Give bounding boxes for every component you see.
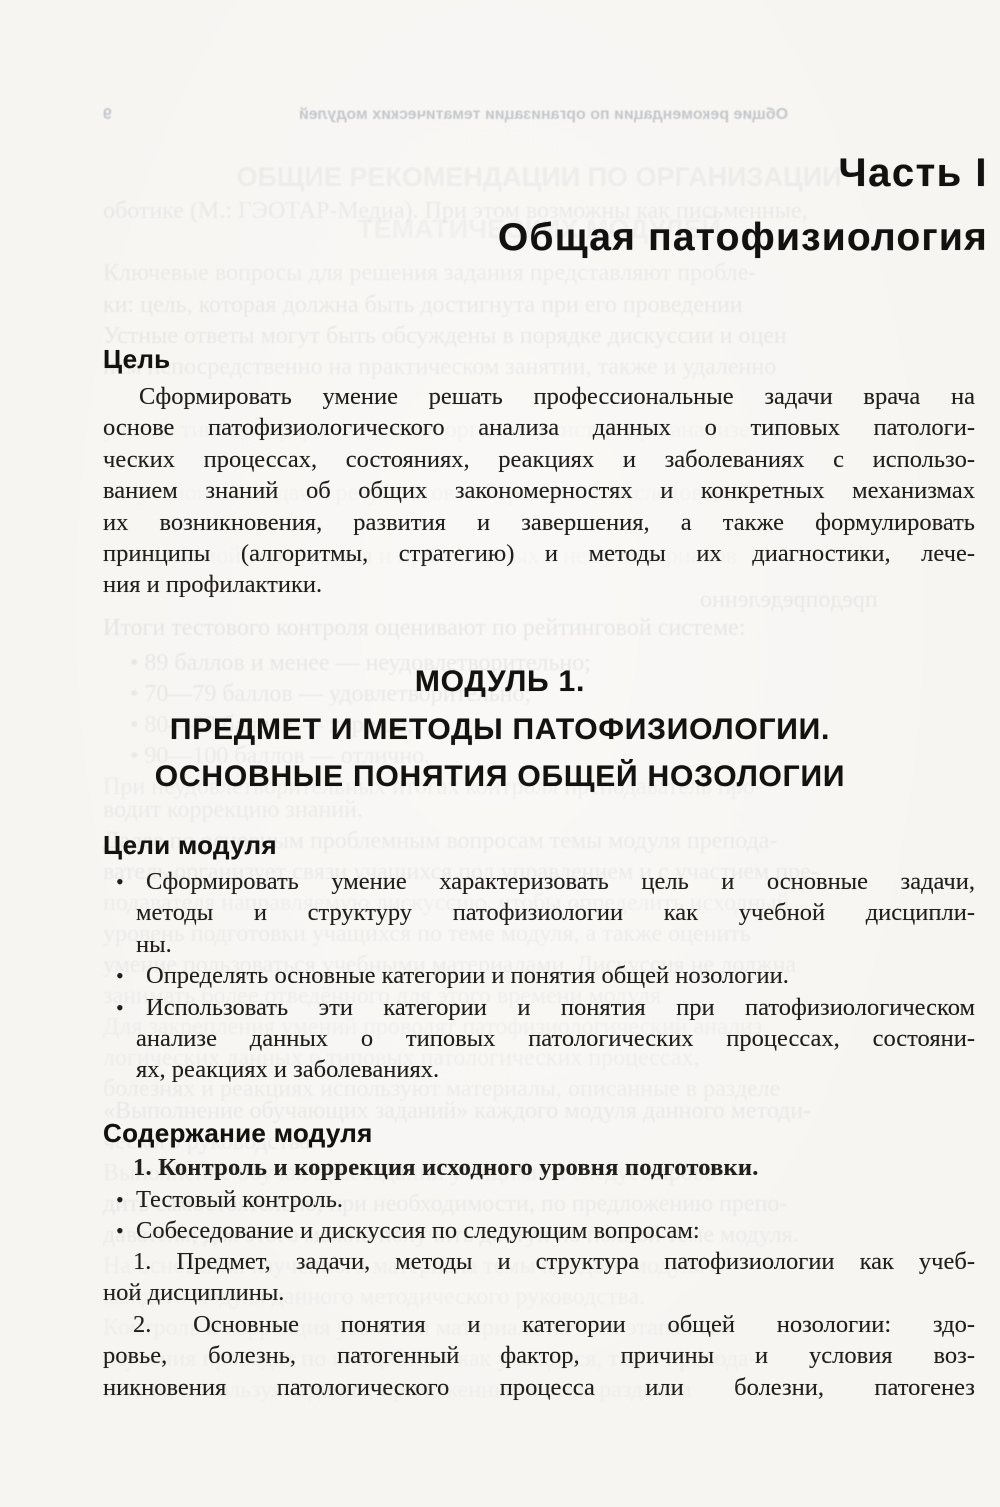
text-line: Сформировать умение характеризовать цель… xyxy=(136,866,975,897)
text-line: методы и структуру патофизиологии как уч… xyxy=(136,897,975,928)
text-line: Собеседование и дискуссия по следующим в… xyxy=(136,1215,975,1246)
text-line: Определять основные категории и понятия … xyxy=(136,960,975,991)
module-content-heading: Содержание модуля xyxy=(103,1118,373,1148)
text-line: ПРЕДМЕТ И МЕТОДЫ ПАТОФИЗИОЛОГИИ. xyxy=(64,706,936,754)
bleedthrough-line: ки: цель, которая должна быть достигнута… xyxy=(103,290,975,320)
text-line: ной дисциплины. xyxy=(103,1277,975,1308)
question-1-paragraph: 1. Предмет, задачи, методы и структура п… xyxy=(103,1246,975,1309)
text-line: ния и профилактики. xyxy=(103,569,975,600)
content-bullet-list: •Тестовый контроль.•Собеседование и диск… xyxy=(103,1184,975,1247)
bullet-icon: • xyxy=(116,992,124,1023)
bleedthrough-line: Итоги тестового контроля оценивают по ре… xyxy=(103,613,975,643)
text-line: Использовать эти категории и понятия при… xyxy=(136,992,975,1023)
bleedthrough-line: Устные ответы могут быть обсуждены в пор… xyxy=(103,321,975,351)
bullet-icon: • xyxy=(116,866,124,897)
text-line: ны. xyxy=(136,929,975,960)
module-1-heading: МОДУЛЬ 1.ПРЕДМЕТ И МЕТОДЫ ПАТОФИЗИОЛОГИИ… xyxy=(64,658,936,801)
text-line: Тестовый контроль. xyxy=(136,1184,975,1215)
bleedthrough-line: Ключевые вопросы для решения задания пре… xyxy=(103,258,975,288)
text-line: ях, реакциях и заболеваниях. xyxy=(136,1054,975,1085)
text-line: их возникновения, развития и завершения,… xyxy=(103,507,975,538)
bleedthrough-line: нем непосредственно на практическом заня… xyxy=(103,352,975,382)
text-line: 2. Основные понятия и категории общей но… xyxy=(103,1309,975,1340)
scanned-book-page: Общие рекомендации по организации темати… xyxy=(0,0,1000,1507)
list-item: •Сформировать умение характеризовать цел… xyxy=(103,866,975,960)
text-line: МОДУЛЬ 1. xyxy=(64,658,936,706)
goal-heading: Цель xyxy=(103,344,170,374)
text-line: основе патофизиологического анализа данн… xyxy=(103,412,975,443)
bleedthrough-running-head: Общие рекомендации по организации темати… xyxy=(103,106,975,124)
text-line: ванием знаний об общих закономерностях и… xyxy=(103,475,975,506)
bullet-icon: • xyxy=(116,960,124,991)
part-subtitle: Общая патофизиология xyxy=(498,218,988,257)
running-head-page-number: 9 xyxy=(103,106,112,124)
content-item-1-bold: 1. Контроль и коррекция исходного уровня… xyxy=(103,1152,1000,1183)
module-goals-list: •Сформировать умение характеризовать цел… xyxy=(103,866,975,1086)
bullet-icon: • xyxy=(116,1184,124,1215)
text-line: никновения патологического процесса или … xyxy=(103,1372,975,1403)
goal-paragraph: Сформировать умение решать профессиональ… xyxy=(103,381,975,601)
list-item: •Собеседование и дискуссия по следующим … xyxy=(103,1215,975,1246)
text-line: ОСНОВНЫЕ ПОНЯТИЯ ОБЩЕЙ НОЗОЛОГИИ xyxy=(64,753,936,801)
question-2-paragraph: 2. Основные понятия и категории общей но… xyxy=(103,1309,975,1403)
list-item: •Тестовый контроль. xyxy=(103,1184,975,1215)
bullet-icon: • xyxy=(116,1215,124,1246)
running-head-title: Общие рекомендации по организации темати… xyxy=(299,106,788,124)
text-line: Сформировать умение решать профессиональ… xyxy=(103,381,975,412)
text-line: принципы (алгоритмы, стратегию) и методы… xyxy=(103,538,975,569)
list-item: •Использовать эти категории и понятия пр… xyxy=(103,992,975,1086)
part-title: Часть I xyxy=(838,153,988,193)
text-line: 1. Предмет, задачи, методы и структура п… xyxy=(103,1246,975,1277)
text-line: ровье, болезнь, патогенный фактор, причи… xyxy=(103,1340,975,1371)
text-line: ческих процессах, состояниях, реакциях и… xyxy=(103,444,975,475)
text-line: анализе данных о типовых патологических … xyxy=(136,1023,975,1054)
list-item: •Определять основные категории и понятия… xyxy=(103,960,975,991)
module-goals-heading: Цели модуля xyxy=(103,830,277,860)
